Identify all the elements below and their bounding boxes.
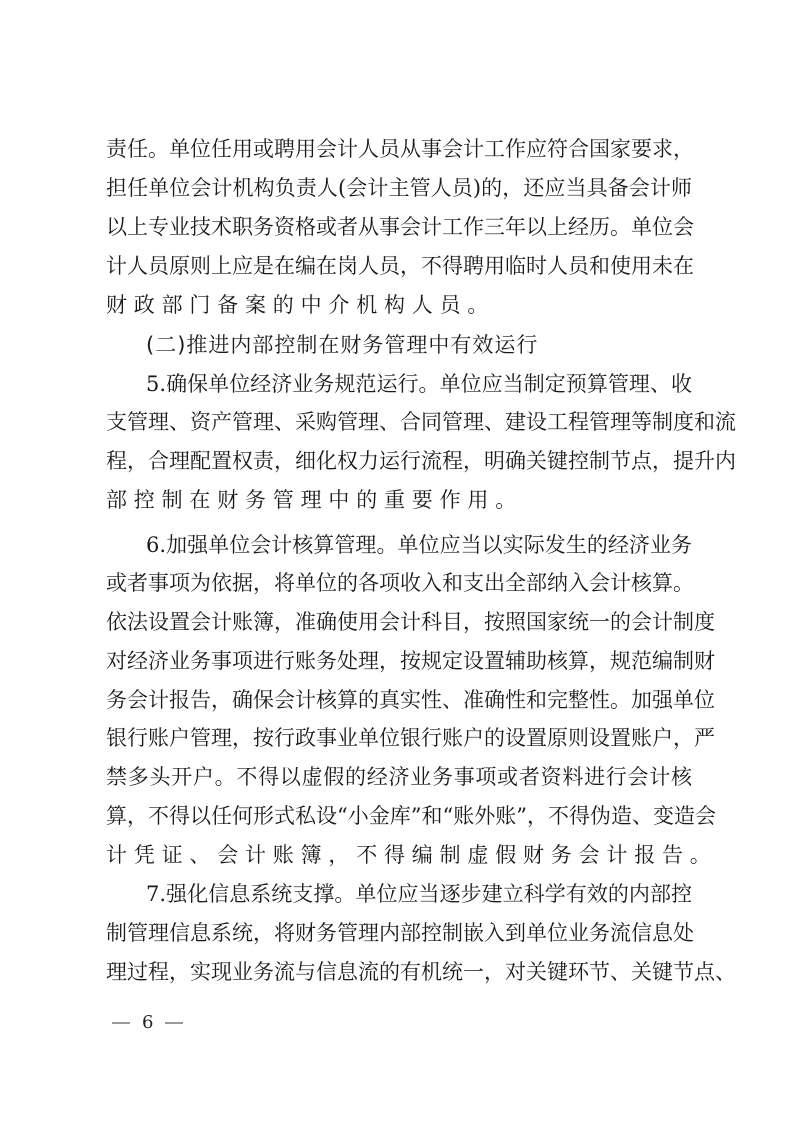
paragraph-line: 对经济业务事项进行账务处理，按规定设置辅助核算，规范编制财 bbox=[106, 646, 692, 676]
paragraph-line: 责任。单位任用或聘用会计人员从事会计工作应符合国家要求， bbox=[106, 134, 692, 164]
paragraph-line: 计凭证、会计账簿，不得编制虚假财务会计报告。 bbox=[106, 840, 692, 870]
page-number: 6 bbox=[112, 1010, 183, 1036]
paragraph-line: 6.加强单位会计核算管理。单位应当以实际发生的经济业务 bbox=[146, 530, 692, 560]
paragraph-line: 或者事项为依据，将单位的各项收入和支出全部纳入会计核算。 bbox=[106, 568, 692, 598]
paragraph-line: 担任单位会计机构负责人(会计主管人员)的，还应当具备会计师 bbox=[106, 173, 692, 203]
paragraph-line: 制管理信息系统，将财务管理内部控制嵌入到单位业务流信息处 bbox=[106, 918, 692, 948]
paragraph-line: 算，不得以任何形式私设“小金库”和“账外账”，不得伪造、变造会 bbox=[106, 801, 692, 831]
section-heading: (二)推进内部控制在财务管理中有效运行 bbox=[146, 330, 692, 360]
paragraph-line: 财政部门备案的中介机构人员。 bbox=[106, 290, 692, 320]
paragraph-line: 计人员原则上应是在编在岗人员，不得聘用临时人员和使用未在 bbox=[106, 251, 692, 281]
page-number-value: 6 bbox=[142, 1010, 153, 1036]
paragraph-line: 以上专业技术职务资格或者从事会计工作三年以上经历。单位会 bbox=[106, 212, 692, 242]
paragraph-line: 支管理、资产管理、采购管理、合同管理、建设工程管理等制度和流 bbox=[106, 407, 692, 437]
paragraph-line: 禁多头开户。不得以虚假的经济业务事项或者资料进行会计核 bbox=[106, 762, 692, 792]
document-page: 责任。单位任用或聘用会计人员从事会计工作应符合国家要求， 担任单位会计机构负责人… bbox=[0, 0, 800, 1131]
paragraph-line: 理过程，实现业务流与信息流的有机统一，对关键环节、关键节点、 bbox=[106, 957, 692, 987]
paragraph-line: 部控制在财务管理中的重要作用。 bbox=[106, 485, 692, 515]
paragraph-line: 依法设置会计账簿，准确使用会计科目，按照国家统一的会计制度 bbox=[106, 607, 692, 637]
paragraph-line: 程，合理配置权责，细化权力运行流程，明确关键控制节点，提升内 bbox=[106, 446, 692, 476]
paragraph-line: 5.确保单位经济业务规范运行。单位应当制定预算管理、收 bbox=[146, 369, 692, 399]
paragraph-line: 银行账户管理，按行政事业单位银行账户的设置原则设置账户，严 bbox=[106, 723, 692, 753]
dash-right bbox=[165, 1022, 183, 1024]
paragraph-line: 7.强化信息系统支撑。单位应当逐步建立科学有效的内部控 bbox=[146, 879, 692, 909]
paragraph-line: 务会计报告，确保会计核算的真实性、准确性和完整性。加强单位 bbox=[106, 685, 692, 715]
dash-left bbox=[112, 1022, 130, 1024]
